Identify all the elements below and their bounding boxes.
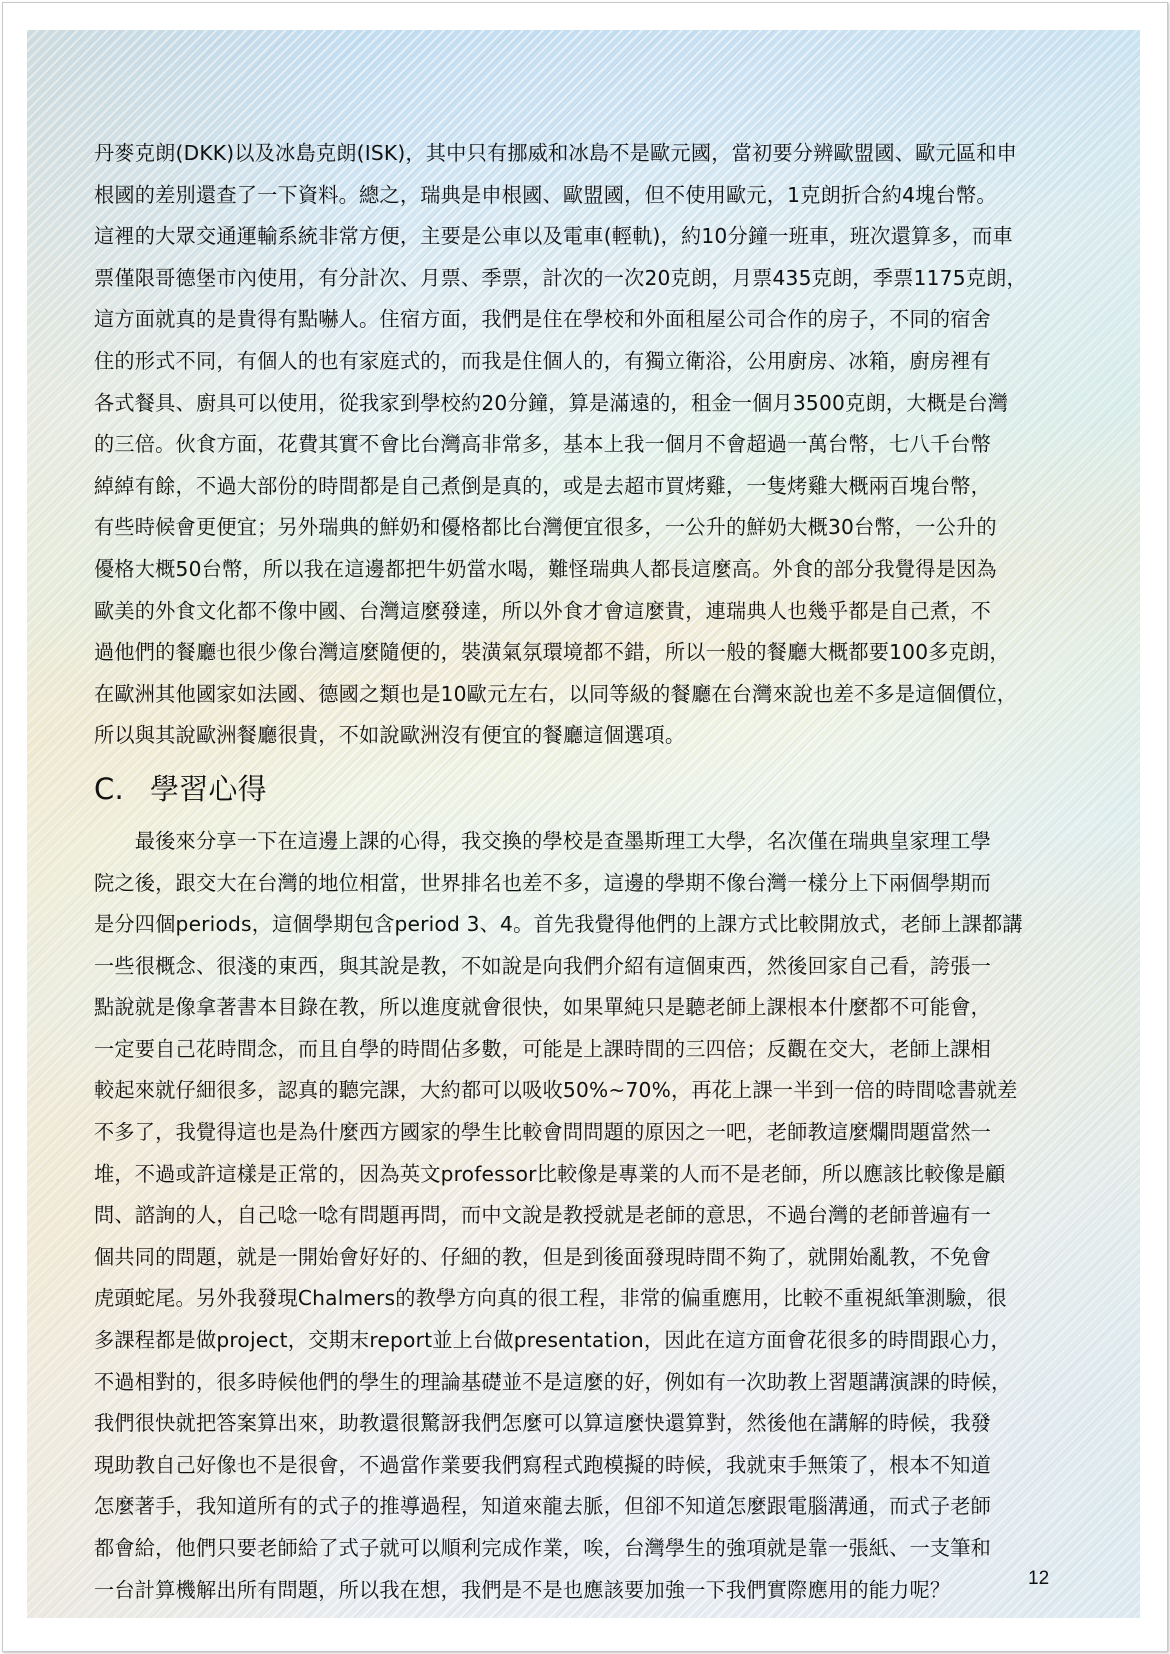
text-line: 都會給，他們只要老師給了式子就可以順利完成作業，唉，台灣學生的強項就是靠一張紙、… [94, 1528, 1084, 1570]
document-body: 丹麥克朗(DKK)以及冰島克朗(ISK)，其中只有挪威和冰島不是歐元國，當初要分… [94, 133, 1084, 1611]
text-line: 我們很快就把答案算出來，助教還很驚訝我們怎麼可以算這麼快還算對，然後他在講解的時… [94, 1403, 1084, 1445]
text-line: 一台計算機解出所有問題，所以我在想，我們是不是也應該要加強一下我們實際應用的能力… [94, 1570, 1084, 1612]
page-number: 12 [1028, 1568, 1049, 1590]
text-line: 有些時候會更便宜；另外瑞典的鮮奶和優格都比台灣便宜很多，一公升的鮮奶大概30台幣… [94, 507, 1084, 549]
text-line: 根國的差別還查了一下資料。總之，瑞典是申根國、歐盟國，但不使用歐元，1克朗折合約… [94, 175, 1084, 217]
section-letter: C. [94, 761, 150, 817]
text-line: 所以與其說歐洲餐廳很貴，不如說歐洲沒有便宜的餐廳這個選項。 [94, 715, 1084, 757]
section-heading: C.學習心得 [94, 761, 1084, 817]
text-line: 票僅限哥德堡市內使用，有分計次、月票、季票，計次的一次20克朗，月票435克朗，… [94, 258, 1084, 300]
text-line: 虎頭蛇尾。另外我發現Chalmers的教學方向真的很工程，非常的偏重應用，比較不… [94, 1278, 1084, 1320]
text-line: 怎麼著手，我知道所有的式子的推導過程，知道來龍去脈，但卻不知道怎麼跟電腦溝通，而… [94, 1486, 1084, 1528]
text-line: 綽綽有餘，不過大部份的時間都是自己煮倒是真的，或是去超市買烤雞，一隻烤雞大概兩百… [94, 466, 1084, 508]
text-line: 最後來分享一下在這邊上課的心得，我交換的學校是查墨斯理工大學，名次僅在瑞典皇家理… [94, 821, 1084, 863]
text-line: 一些很概念、很淺的東西，與其說是教，不如說是向我們介紹有這個東西，然後回家自己看… [94, 946, 1084, 988]
text-line: 不過相對的，很多時候他們的學生的理論基礎並不是這麼的好，例如有一次助教上習題講演… [94, 1362, 1084, 1404]
text-line: 歐美的外食文化都不像中國、台灣這麼發達，所以外食才會這麼貴，連瑞典人也幾乎都是自… [94, 591, 1084, 633]
text-line: 個共同的問題，就是一開始會好好的、仔細的教，但是到後面發現時間不夠了，就開始亂教… [94, 1237, 1084, 1279]
text-line: 點說就是像拿著書本目錄在教，所以進度就會很快，如果單純只是聽老師上課根本什麼都不… [94, 987, 1084, 1029]
text-line: 一定要自己花時間念，而且自學的時間佔多數，可能是上課時間的三四倍；反觀在交大，老… [94, 1029, 1084, 1071]
text-line: 這方面就真的是貴得有點嚇人。住宿方面，我們是住在學校和外面租屋公司合作的房子，不… [94, 299, 1084, 341]
text-line: 問、諮詢的人，自己唸一唸有問題再問，而中文說是教授就是老師的意思，不過台灣的老師… [94, 1195, 1084, 1237]
paragraph-living-costs: 丹麥克朗(DKK)以及冰島克朗(ISK)，其中只有挪威和冰島不是歐元國，當初要分… [94, 133, 1084, 757]
text-line: 的三倍。伙食方面，花費其實不會比台灣高非常多，基本上我一個月不會超過一萬台幣，七… [94, 424, 1084, 466]
section-title: 學習心得 [150, 772, 267, 806]
text-line: 優格大概50台幣，所以我在這邊都把牛奶當水喝，難怪瑞典人都長這麼高。外食的部分我… [94, 549, 1084, 591]
text-line: 這裡的大眾交通運輸系統非常方便，主要是公車以及電車(輕軌)，約10分鐘一班車，班… [94, 216, 1084, 258]
text-line: 多課程都是做project，交期末report並上台做presentation，… [94, 1320, 1084, 1362]
text-line: 堆，不過或許這樣是正常的，因為英文professor比較像是專業的人而不是老師，… [94, 1154, 1084, 1196]
text-line: 不多了，我覺得這也是為什麼西方國家的學生比較會問問題的原因之一吧，老師教這麼爛問… [94, 1112, 1084, 1154]
text-line: 是分四個periods，這個學期包含period 3、4。首先我覺得他們的上課方… [94, 904, 1084, 946]
text-line: 過他們的餐廳也很少像台灣這麼隨便的，裝潢氣氛環境都不錯，所以一般的餐廳大概都要1… [94, 632, 1084, 674]
text-line: 住的形式不同，有個人的也有家庭式的，而我是住個人的，有獨立衛浴，公用廚房、冰箱，… [94, 341, 1084, 383]
text-line: 現助教自己好像也不是很會，不過當作業要我們寫程式跑模擬的時候，我就束手無策了，根… [94, 1445, 1084, 1487]
text-line: 較起來就仔細很多，認真的聽完課，大約都可以吸收50%~70%，再花上課一半到一倍… [94, 1070, 1084, 1112]
text-line: 丹麥克朗(DKK)以及冰島克朗(ISK)，其中只有挪威和冰島不是歐元國，當初要分… [94, 133, 1084, 175]
paragraph-learning-experience: 最後來分享一下在這邊上課的心得，我交換的學校是查墨斯理工大學，名次僅在瑞典皇家理… [94, 821, 1084, 1611]
text-line: 院之後，跟交大在台灣的地位相當，世界排名也差不多，這邊的學期不像台灣一樣分上下兩… [94, 863, 1084, 905]
text-line: 在歐洲其他國家如法國、德國之類也是10歐元左右，以同等級的餐廳在台灣來說也差不多… [94, 674, 1084, 716]
text-line: 各式餐具、廚具可以使用，從我家到學校約20分鐘，算是滿遠的，租金一個月3500克… [94, 383, 1084, 425]
